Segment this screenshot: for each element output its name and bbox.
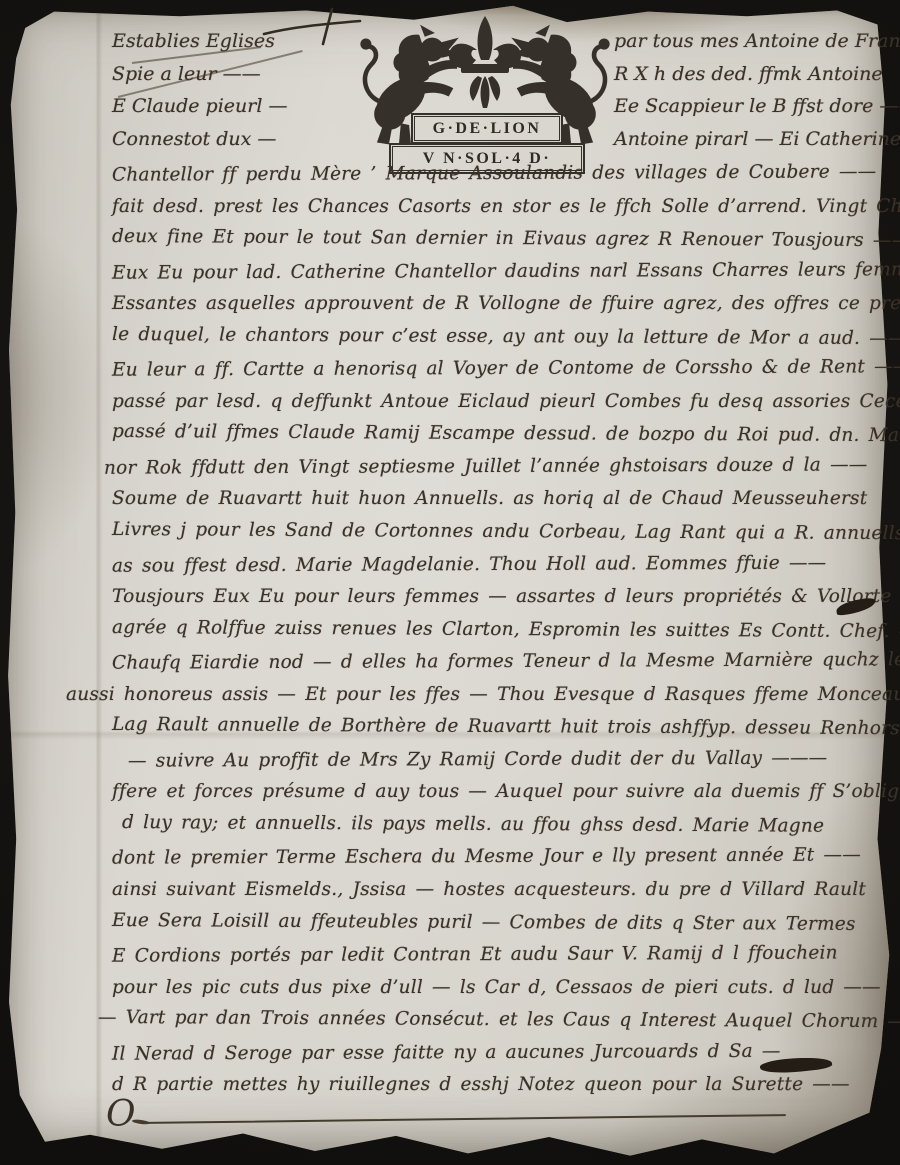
header-line-right: R X h des ded. ffmk Antoine [614,63,876,85]
handwritten-line: deux fine Et pour le tout San dernier in… [112,226,878,263]
header-line-left: Connestot dux — [112,128,276,150]
handwritten-line: dont le premier Terme Eschera du Mesme J… [112,845,878,881]
handwritten-line: Eux Eu pour lad. Catherine Chantellor da… [112,259,878,295]
handwritten-line: d luy ray; et annuells. ils pays mells. … [122,812,878,849]
handwritten-line: — suivre Au proffit de Mrs Zy Ramij Cord… [128,747,878,783]
handwritten-line: agrée q Rolffue zuiss renues les Clarton… [112,617,878,654]
handwritten-line: passé d’uil ffmes Claude Ramij Escampe d… [112,421,878,458]
header-line-left: E Claude pieurl — [112,95,287,117]
header-line-right: par tous mes Antoine de Francon —— [614,30,876,52]
handwritten-line: fait desd. prest les Chances Casorts en … [112,196,878,229]
header-line-left: Spie a leur —— [112,63,261,85]
handwritten-line: Chaufq Eiardie nod — d elles ha formes T… [112,650,878,686]
header-line-right: Ee Scappieur le B ffst dore —— [614,95,876,117]
handwritten-line: — Vart par dan Trois années Consécut. et… [98,1007,878,1044]
closing-rule [146,1114,786,1124]
handwritten-line: ffere et forces présume d auy tous — Auq… [112,781,878,814]
handwritten-line: as sou ffest desd. Marie Magdelanie. Tho… [112,552,878,588]
handwritten-line: E Cordions portés par ledit Contran Et a… [112,942,878,978]
header-line-left: Establies Eglises [112,30,275,52]
handwritten-line: le duquel, le chantors pour c’est esse, … [112,324,878,361]
handwritten-line: Chantellor ff perdu Mère ’ Marque Assoul… [112,161,878,197]
header-line-row: E Claude pieurl — Ee Scappieur le B ffst… [0,95,900,128]
header-line-row: Establies Eglises par tous mes Antoine d… [0,30,900,63]
header-line-right: Antoine pirarl — Ei Catherine — [614,128,876,150]
header-line-row: Spie a leur —— R X h des ded. ffmk Antoi… [0,63,900,96]
body-lines: Chantellor ff perdu Mère ’ Marque Assoul… [112,163,878,1107]
handwritten-line: Tousjours Eux Eu pour leurs femmes — ass… [112,586,878,619]
photo-background: G·DE·LION V N·SOL·4 D· Establies Eglises… [0,0,900,1165]
handwritten-line: ainsi suivant Eismelds., Jssisa — hostes… [112,879,878,912]
handwritten-line: Eu leur a ff. Cartte a henorisq al Voyer… [112,357,878,393]
handwritten-line: Soume de Ruavartt huit huon Annuells. as… [112,488,878,521]
handwritten-line: pour les pic cuts dus pixe d’ull — ls Ca… [112,977,878,1010]
handwritten-line: Essantes asquelles approuvent de R Vollo… [112,293,878,326]
handwritten-line: Eue Sera Loisill au ffeuteubles puril — … [112,910,878,947]
handwritten-line: nor Rok ffdutt den Vingt septiesme Juill… [104,454,878,490]
header-line-row: Connestot dux — Antoine pirarl — Ei Cath… [0,128,900,161]
handwritten-line: Lag Rault annuelle de Borthère de Ruavar… [112,714,878,751]
closing-o-mark: O [106,1094,136,1135]
handwritten-line: passé par lesd. q deffunkt Antoue Eiclau… [112,391,878,424]
closing-flourish: O [106,1094,806,1142]
handwritten-line: Livres j pour les Sand de Cortonnes andu… [112,519,878,556]
handwritten-line: aussi honoreus assis — Et pour les ffes … [66,684,878,717]
header-lines: Establies Eglises par tous mes Antoine d… [0,30,900,160]
